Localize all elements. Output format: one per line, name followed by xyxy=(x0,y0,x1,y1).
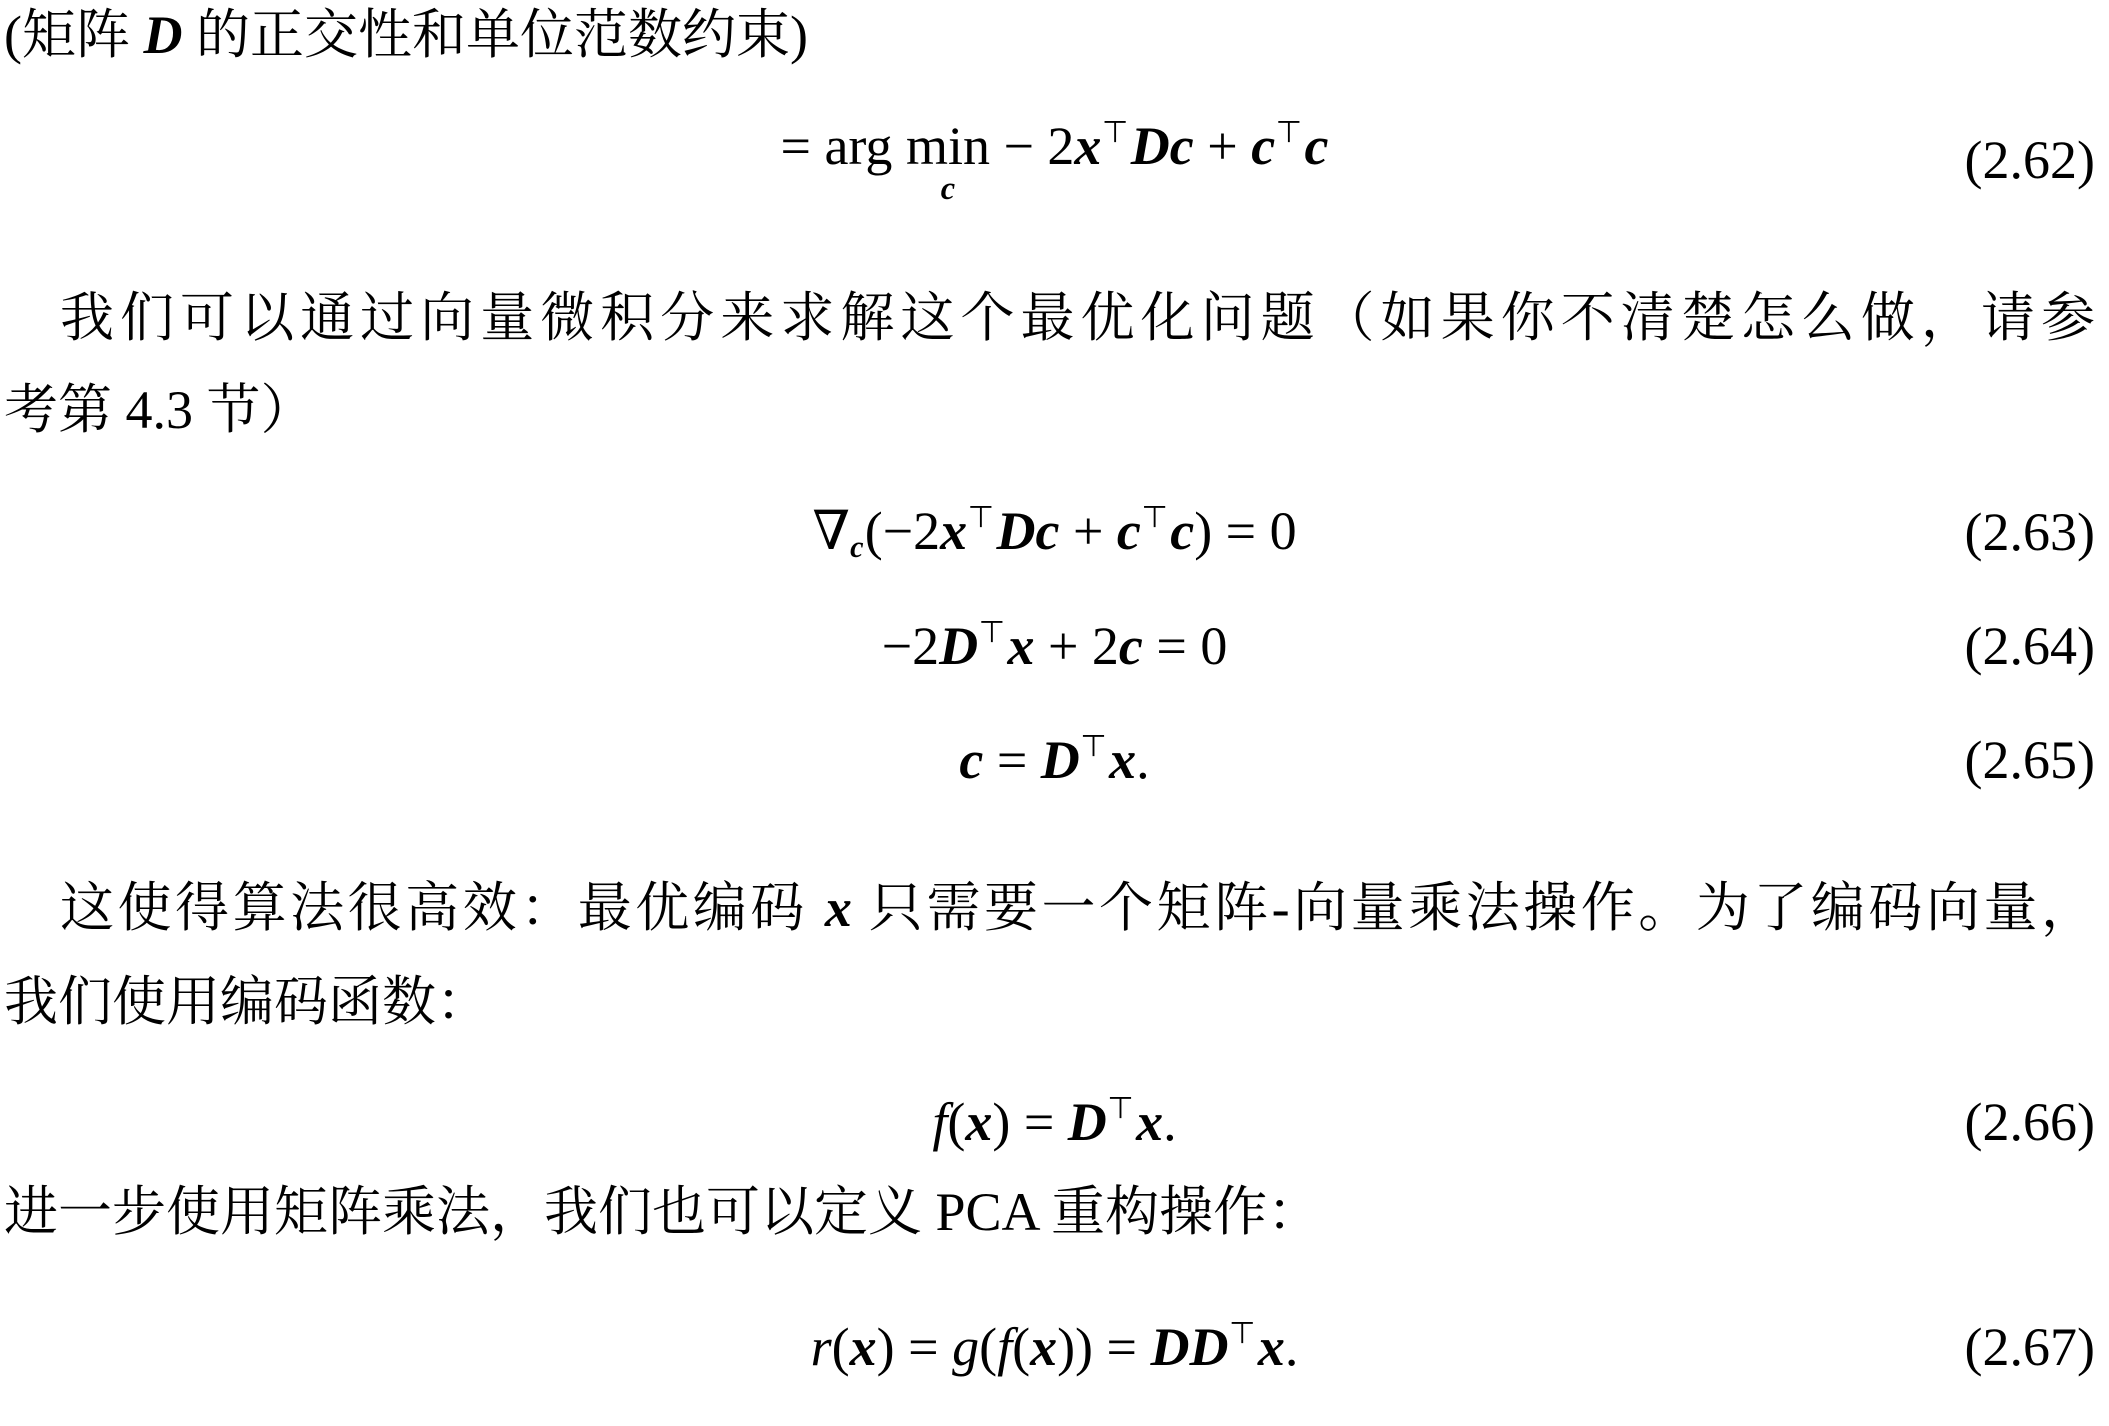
math-token: ) = 0 xyxy=(1194,501,1296,561)
constraint-note-heading: (矩阵 D 的正交性和单位范数约束) xyxy=(4,0,2095,70)
math-token: . xyxy=(1285,1317,1299,1377)
equation-2-65: c = D⊤x. (2.65) xyxy=(0,710,2109,810)
math-token: 的正交性和单位范数约束) xyxy=(182,5,807,65)
math-token: c xyxy=(1170,501,1194,561)
math-token: x xyxy=(825,878,852,938)
equation-lead: = arg xyxy=(781,116,906,176)
math-token: + xyxy=(1194,116,1251,176)
math-token: f xyxy=(932,1092,947,1152)
math-token: )) = xyxy=(1057,1317,1150,1377)
equation-2-62-body: = arg minc − 2x⊤Dc + c⊤c xyxy=(781,115,1329,205)
equation-2-65-body: c = D⊤x. xyxy=(959,729,1149,791)
math-token: (矩阵 xyxy=(4,5,143,65)
equation-number: (2.67) xyxy=(1965,1316,2095,1378)
equation-number: (2.63) xyxy=(1965,501,2095,563)
equation-2-63: ∇c(−2x⊤Dc + c⊤c) = 0 (2.63) xyxy=(0,482,2109,582)
math-token: f xyxy=(997,1317,1012,1377)
math-token: ⊤ xyxy=(979,615,1005,649)
math-token: = xyxy=(983,730,1040,790)
equation-2-67-body: r(x) = g(f(x)) = DD⊤x. xyxy=(811,1316,1299,1378)
math-token: ( xyxy=(832,1317,850,1377)
paragraph-efficient-line2: 我们使用编码函数： xyxy=(4,956,2095,1048)
math-token: c xyxy=(1251,116,1275,176)
math-token: ⊤ xyxy=(1229,1316,1255,1350)
math-token: ) = xyxy=(992,1092,1067,1152)
equation-2-64-body: −2D⊤x + 2c = 0 xyxy=(882,615,1228,677)
equation-2-62: = arg minc − 2x⊤Dc + c⊤c (2.62) xyxy=(0,90,2109,230)
equation-2-66-body: f(x) = D⊤x. xyxy=(932,1091,1176,1153)
equation-terms: − 2x⊤Dc + c⊤c xyxy=(990,116,1329,176)
math-token: ⊤ xyxy=(968,500,994,534)
equation-2-67: r(x) = g(f(x)) = DD⊤x. (2.67) xyxy=(0,1292,2109,1402)
math-token: c xyxy=(1117,501,1141,561)
math-token: ( xyxy=(979,1317,997,1377)
math-token: x xyxy=(1109,730,1136,790)
math-token: c xyxy=(1119,616,1143,676)
math-token: ) = xyxy=(877,1317,952,1377)
min-subscript: c xyxy=(941,174,955,205)
math-token: ⊤ xyxy=(1276,115,1302,149)
paragraph-reconstruction: 进一步使用矩阵乘法，我们也可以定义 PCA 重构操作： xyxy=(4,1166,2095,1258)
math-token: D xyxy=(1041,730,1080,790)
math-token: x xyxy=(1258,1317,1285,1377)
equation-number: (2.64) xyxy=(1965,615,2095,677)
math-token: 这使得算法很高效：最优编码 xyxy=(60,878,825,938)
math-token: x xyxy=(940,501,967,561)
equation-2-63-body: ∇c(−2x⊤Dc + c⊤c) = 0 xyxy=(812,499,1296,565)
math-token: x xyxy=(1074,116,1101,176)
math-token: x xyxy=(1007,616,1034,676)
math-token: x xyxy=(850,1317,877,1377)
math-token: + xyxy=(1059,501,1116,561)
math-token: ⊤ xyxy=(1102,115,1128,149)
math-token: −2 xyxy=(882,616,939,676)
math-token: ⊤ xyxy=(1107,1091,1133,1125)
min-operator: min xyxy=(906,115,990,177)
math-token: ( xyxy=(947,1092,965,1152)
math-token: x xyxy=(1030,1317,1057,1377)
math-token: ⊤ xyxy=(1141,500,1167,534)
argmin-operator: minc xyxy=(906,115,990,205)
math-token: ( xyxy=(1012,1317,1030,1377)
math-token: g xyxy=(952,1317,979,1377)
math-token: + 2 xyxy=(1034,616,1118,676)
paragraph-solve-line2: 考第 4.3 节） xyxy=(4,364,2095,456)
math-token: D xyxy=(939,616,978,676)
math-token: . xyxy=(1136,730,1150,790)
math-token: c xyxy=(850,530,863,564)
document-page: (矩阵 D 的正交性和单位范数约束) = arg minc − 2x⊤Dc + … xyxy=(0,0,2109,1426)
math-token: D xyxy=(1068,1092,1107,1152)
paragraph-efficient-line1: 这使得算法很高效：最优编码 x 只需要一个矩阵-向量乘法操作。为了编码向量， xyxy=(4,862,2095,954)
equation-2-66: f(x) = D⊤x. (2.66) xyxy=(0,1072,2109,1172)
math-token: x xyxy=(1136,1092,1163,1152)
math-token: c xyxy=(1305,116,1329,176)
math-token: − 2 xyxy=(990,116,1074,176)
math-token: 只需要一个矩阵-向量乘法操作。为了编码向量， xyxy=(852,878,2095,938)
math-token: r xyxy=(811,1317,832,1377)
math-token: . xyxy=(1163,1092,1177,1152)
equation-number: (2.62) xyxy=(1965,129,2095,191)
math-token: ⊤ xyxy=(1080,729,1106,763)
math-token: Dc xyxy=(996,501,1059,561)
math-token: D xyxy=(143,5,182,65)
math-token: = 0 xyxy=(1143,616,1227,676)
equation-2-64: −2D⊤x + 2c = 0 (2.64) xyxy=(0,596,2109,696)
equation-number: (2.66) xyxy=(1965,1091,2095,1153)
math-token: DD xyxy=(1151,1317,1229,1377)
paragraph-solve-line1: 我们可以通过向量微积分来求解这个最优化问题（如果你不清楚怎么做，请参 xyxy=(4,272,2095,364)
equation-number: (2.65) xyxy=(1965,729,2095,791)
math-token: (−2 xyxy=(865,501,940,561)
math-token: c xyxy=(959,730,983,790)
math-token: x xyxy=(965,1092,992,1152)
math-token: ∇ xyxy=(812,501,850,561)
math-token: Dc xyxy=(1131,116,1194,176)
